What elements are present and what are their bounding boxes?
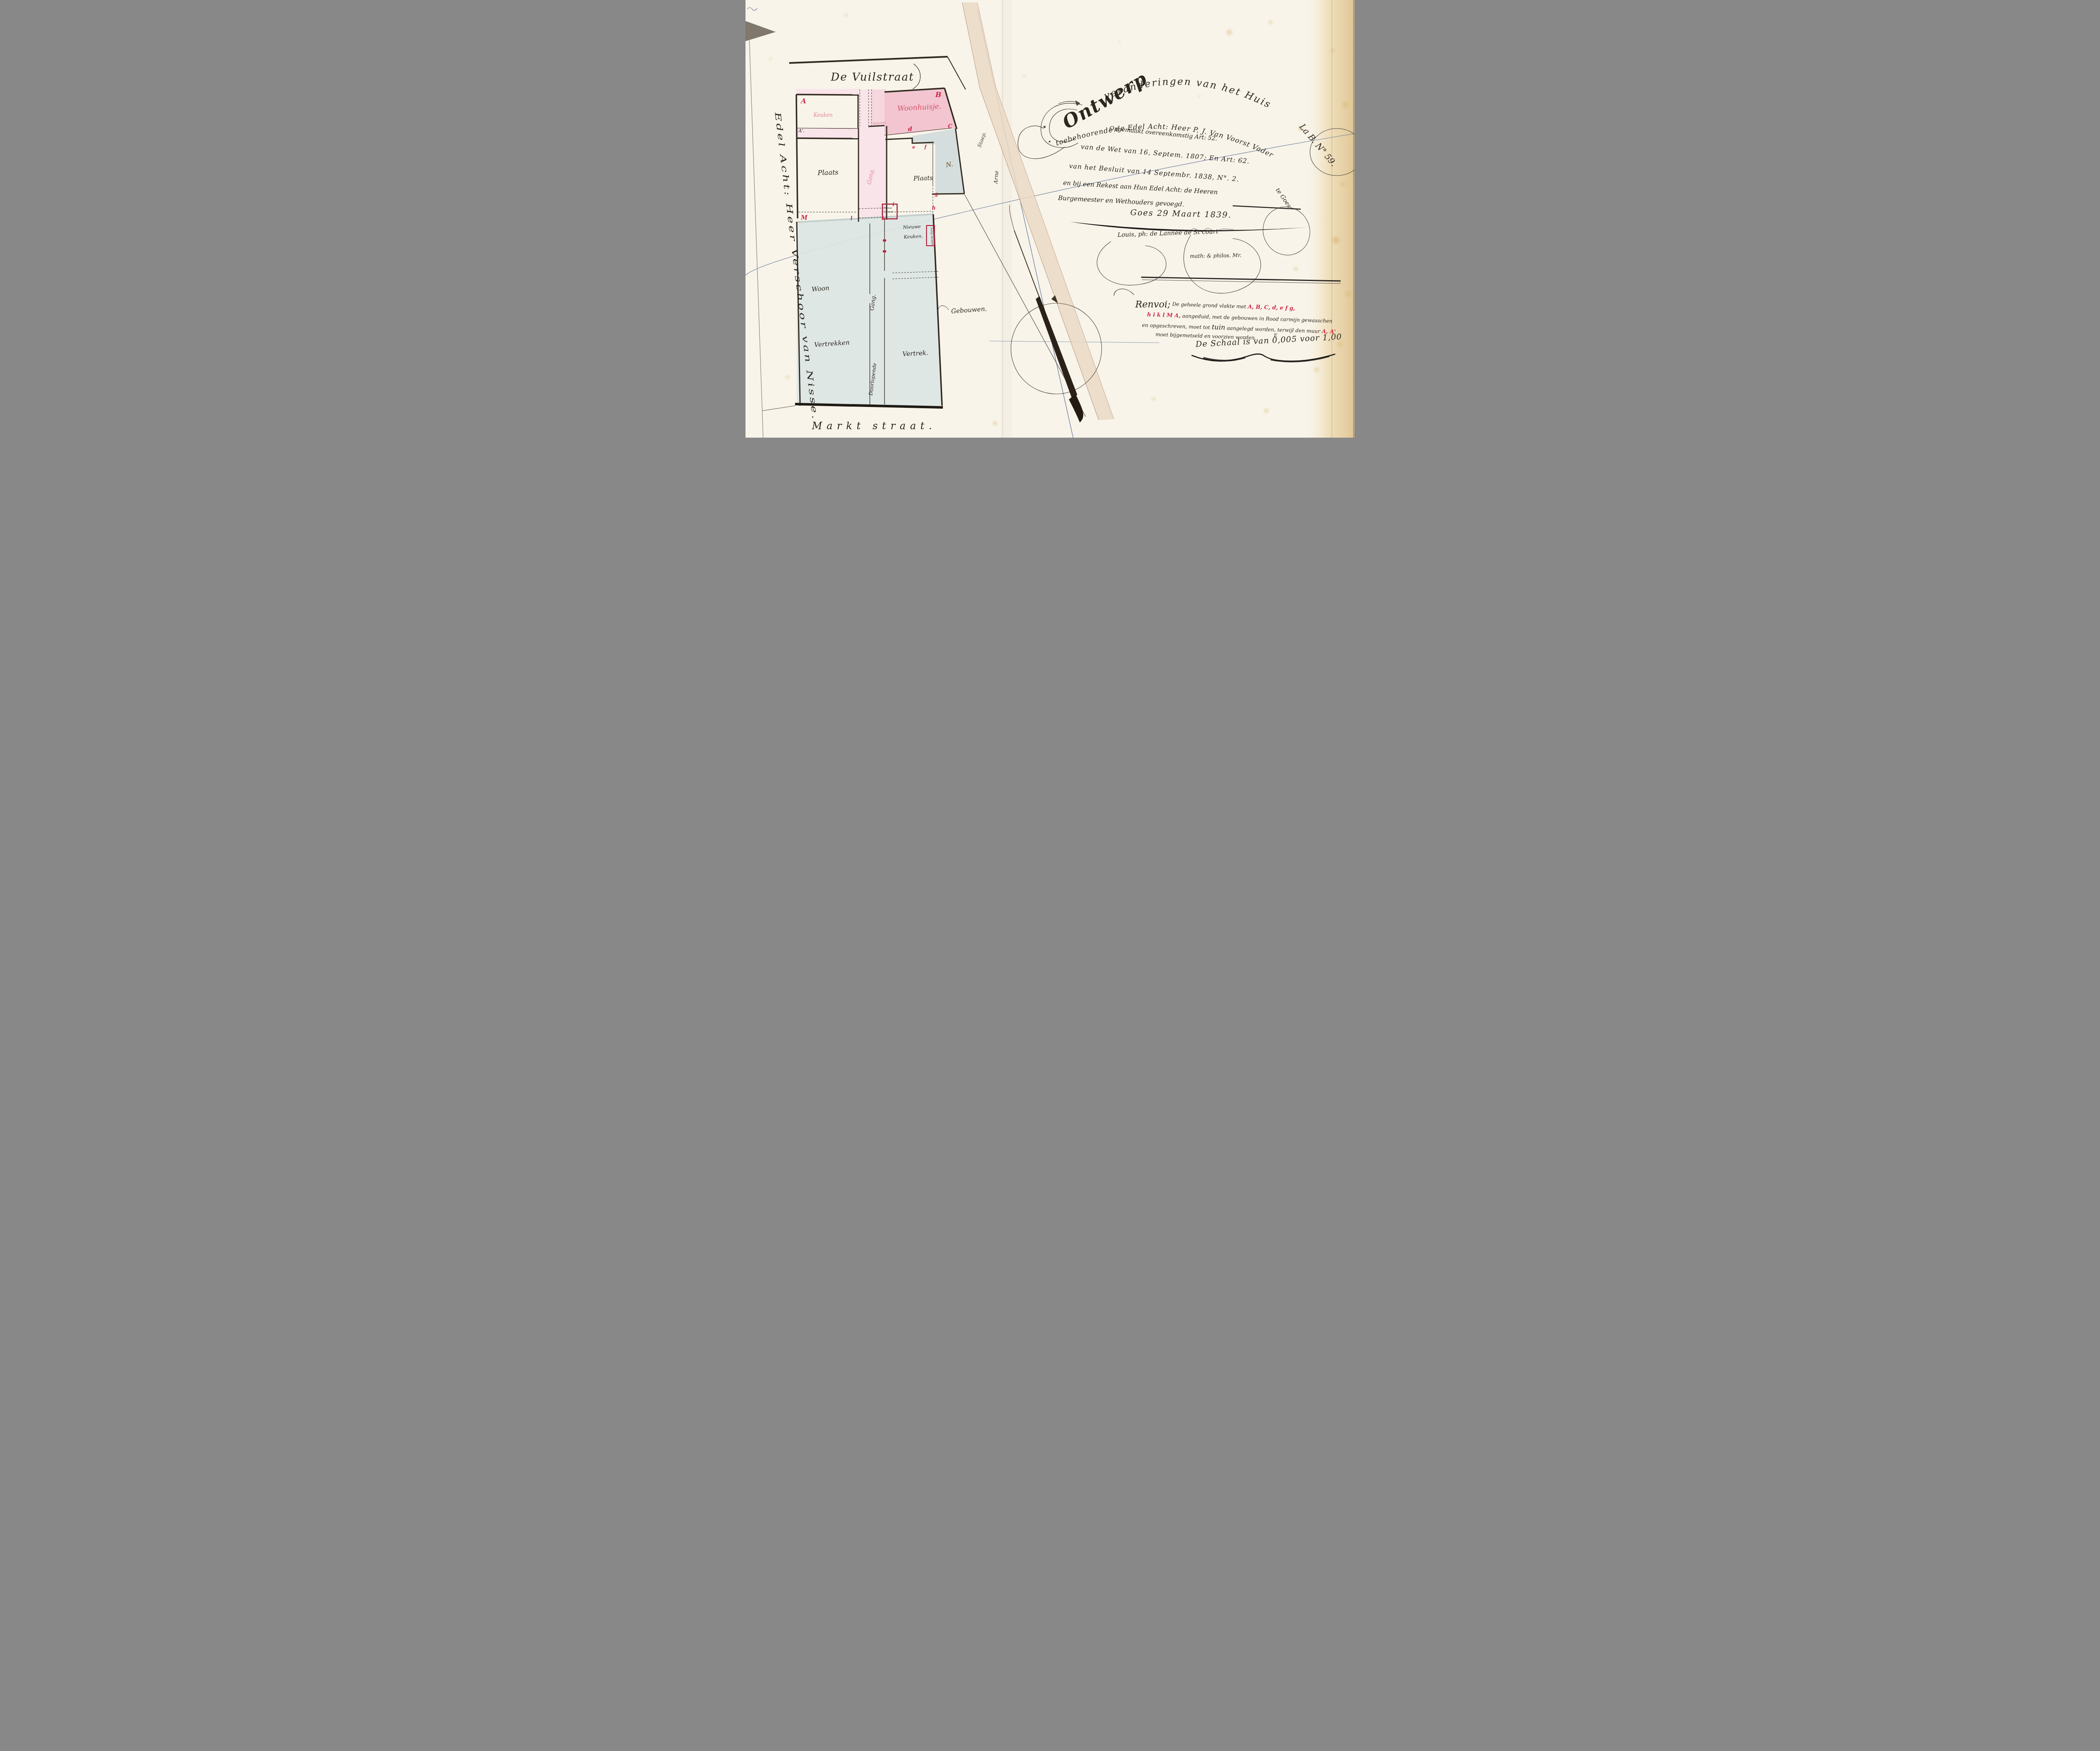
n-area-label: N. [945,160,954,169]
letter-C: C [948,123,953,130]
renvoi-line2-red: h i k l M A, [1147,312,1181,319]
nieuwe-keuken-line1: Nieuwe [902,224,921,230]
letter-e: e [912,144,915,150]
nieuw-sekreet-line2: Sekreet [883,210,893,213]
renvoi-line3-tuin: tuin [1212,323,1226,331]
door-mark-2 [883,250,886,252]
room-plaats-left: Plaats [817,168,838,177]
plan-drawing: De Vuilstraat Markt straat. Edel Acht: H… [745,0,1354,438]
room-woon: Woon [811,284,830,293]
letter-A-prime: A'. [798,128,804,134]
nieuw-sekreet-line1: Nieuw [883,207,892,210]
room-vertrek: Vertrek. [902,349,928,358]
letter-k: k [882,215,885,221]
sekreet-bottom-wall [869,126,885,126]
street-label-marktstraat: Markt straat. [811,420,934,432]
scanned-plan-page: De Vuilstraat Markt straat. Edel Acht: H… [745,0,1354,438]
letter-B: B [935,91,941,99]
arne-label: Arne [993,170,1000,184]
letter-h: h [932,205,936,211]
room-keuken: Keuken [813,112,833,118]
paper-right-tan-strip [1304,0,1354,438]
flourish-dot-1 [1044,126,1045,128]
flourish-dot-2 [1049,141,1050,142]
street-label-vuilstraat: De Vuilstraat [830,71,914,84]
plaats-left-top-wall [797,138,858,139]
room-plaats-right: Plaats [913,174,933,182]
letter-l: l [850,215,853,221]
letter-A: A [800,97,806,105]
a-block-top-wall [796,95,859,95]
door-mark-1 [883,239,886,242]
nieuwe-keuken-line2: Keuken. [903,234,923,240]
letter-i: i [892,202,895,207]
pink-strip-mid [797,129,858,138]
renvoi-heading: Renvoi; [1135,299,1171,310]
letter-d: d [908,126,912,133]
signature-title: math: & philos. Mr. [1190,252,1242,259]
pink-strip-top [796,89,859,95]
letter-M: M [801,215,808,221]
letter-g: g [934,191,938,197]
